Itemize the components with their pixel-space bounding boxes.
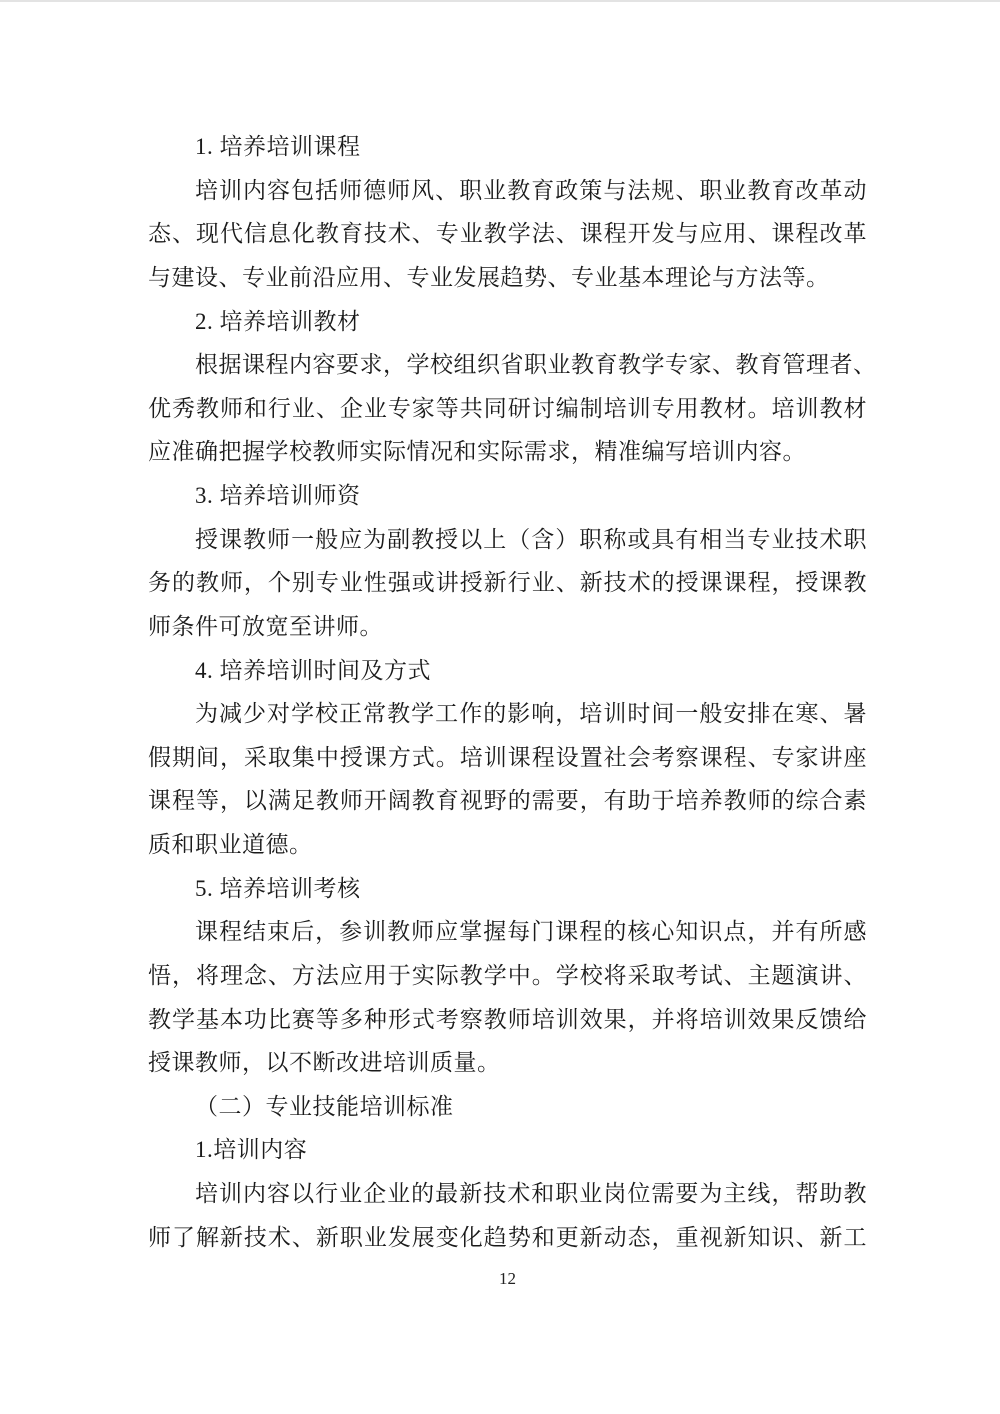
text-line: 培训内容以行业企业的最新技术和职业岗位需要为主线，帮助教 xyxy=(148,1172,867,1216)
text-line: 教学基本功比赛等多种形式考察教师培训效果，并将培训效果反馈给 xyxy=(148,998,867,1042)
document-body: 1. 培养培训课程培训内容包括师德师风、职业教育政策与法规、职业教育改革动态、现… xyxy=(148,125,867,1259)
text-line: 授课教师一般应为副教授以上（含）职称或具有相当专业技术职 xyxy=(148,518,867,562)
text-line: 培训内容包括师德师风、职业教育政策与法规、职业教育改革动 xyxy=(148,169,867,213)
text-line: 悟，将理念、方法应用于实际教学中。学校将采取考试、主题演讲、 xyxy=(148,954,867,998)
text-line: 课程等，以满足教师开阔教育视野的需要，有助于培养教师的综合素 xyxy=(148,779,867,823)
text-line: 根据课程内容要求，学校组织省职业教育教学专家、教育管理者、 xyxy=(148,343,867,387)
text-line: 3. 培养培训师资 xyxy=(148,474,867,518)
text-line: 优秀教师和行业、企业专家等共同研讨编制培训专用教材。培训教材 xyxy=(148,387,867,431)
text-line: 课程结束后，参训教师应掌握每门课程的核心知识点，并有所感 xyxy=(148,910,867,954)
page-number: 12 xyxy=(148,1266,867,1292)
text-line: 1.培训内容 xyxy=(148,1128,867,1172)
text-line: 务的教师，个别专业性强或讲授新行业、新技术的授课课程，授课教 xyxy=(148,561,867,605)
text-line: 与建设、专业前沿应用、专业发展趋势、专业基本理论与方法等。 xyxy=(148,256,867,300)
text-line: 师条件可放宽至讲师。 xyxy=(148,605,867,649)
text-line: 授课教师，以不断改进培训质量。 xyxy=(148,1041,867,1085)
document-page: 1. 培养培训课程培训内容包括师德师风、职业教育政策与法规、职业教育改革动态、现… xyxy=(0,0,1000,1414)
text-line: 4. 培养培训时间及方式 xyxy=(148,649,867,693)
text-line: 为减少对学校正常教学工作的影响，培训时间一般安排在寒、暑 xyxy=(148,692,867,736)
text-line: 质和职业道德。 xyxy=(148,823,867,867)
text-line: （二）专业技能培训标准 xyxy=(148,1085,867,1129)
text-line: 师了解新技术、新职业发展变化趋势和更新动态，重视新知识、新工 xyxy=(148,1216,867,1260)
text-line: 应准确把握学校教师实际情况和实际需求，精准编写培训内容。 xyxy=(148,430,867,474)
text-line: 假期间，采取集中授课方式。培训课程设置社会考察课程、专家讲座 xyxy=(148,736,867,780)
page-top-edge xyxy=(0,0,1000,2)
text-line: 5. 培养培训考核 xyxy=(148,867,867,911)
text-line: 态、现代信息化教育技术、专业教学法、课程开发与应用、课程改革 xyxy=(148,212,867,256)
text-line: 2. 培养培训教材 xyxy=(148,300,867,344)
text-line: 1. 培养培训课程 xyxy=(148,125,867,169)
